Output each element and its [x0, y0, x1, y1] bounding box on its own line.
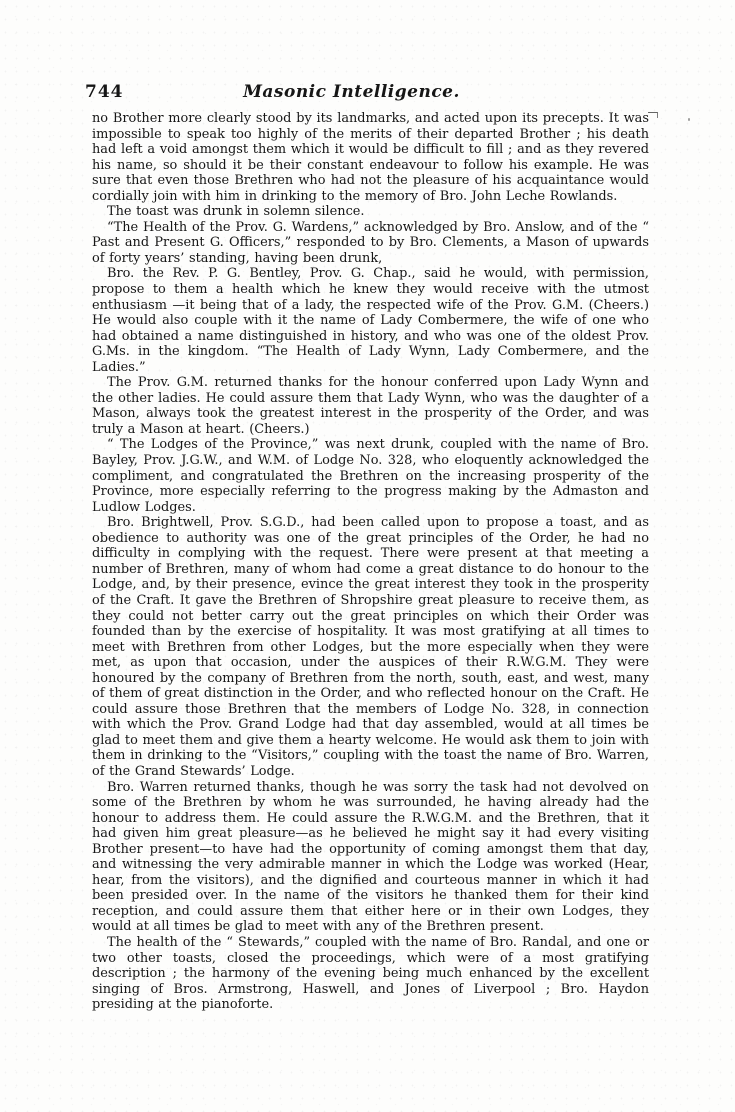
paragraph: The health of the “ Stewards,” coupled w… — [92, 935, 649, 1013]
scan-artifact — [648, 112, 658, 118]
paragraph: The toast was drunk in solemn silence. — [92, 204, 649, 220]
paragraph: Bro. the Rev. P. G. Bentley, Prov. G. Ch… — [92, 266, 649, 375]
paragraph: Bro. Warren returned thanks, though he w… — [92, 780, 649, 935]
paragraph: Bro. Brightwell, Prov. S.G.D., had been … — [92, 515, 649, 779]
article-body: no Brother more clearly stood by its lan… — [92, 111, 649, 1013]
paragraph: “The Health of the Prov. G. Wardens,” ac… — [92, 220, 649, 267]
running-title: Masonic Intelligence. — [85, 82, 618, 102]
scan-speck — [688, 118, 690, 121]
paragraph: no Brother more clearly stood by its lan… — [92, 111, 649, 204]
page-header: 744 Masonic Intelligence. — [85, 82, 648, 104]
paragraph: The Prov. G.M. returned thanks for the h… — [92, 375, 649, 437]
paragraph: “ The Lodges of the Province,” was next … — [92, 437, 649, 515]
scanned-document-page: 744 Masonic Intelligence. no Brother mor… — [0, 0, 735, 1112]
